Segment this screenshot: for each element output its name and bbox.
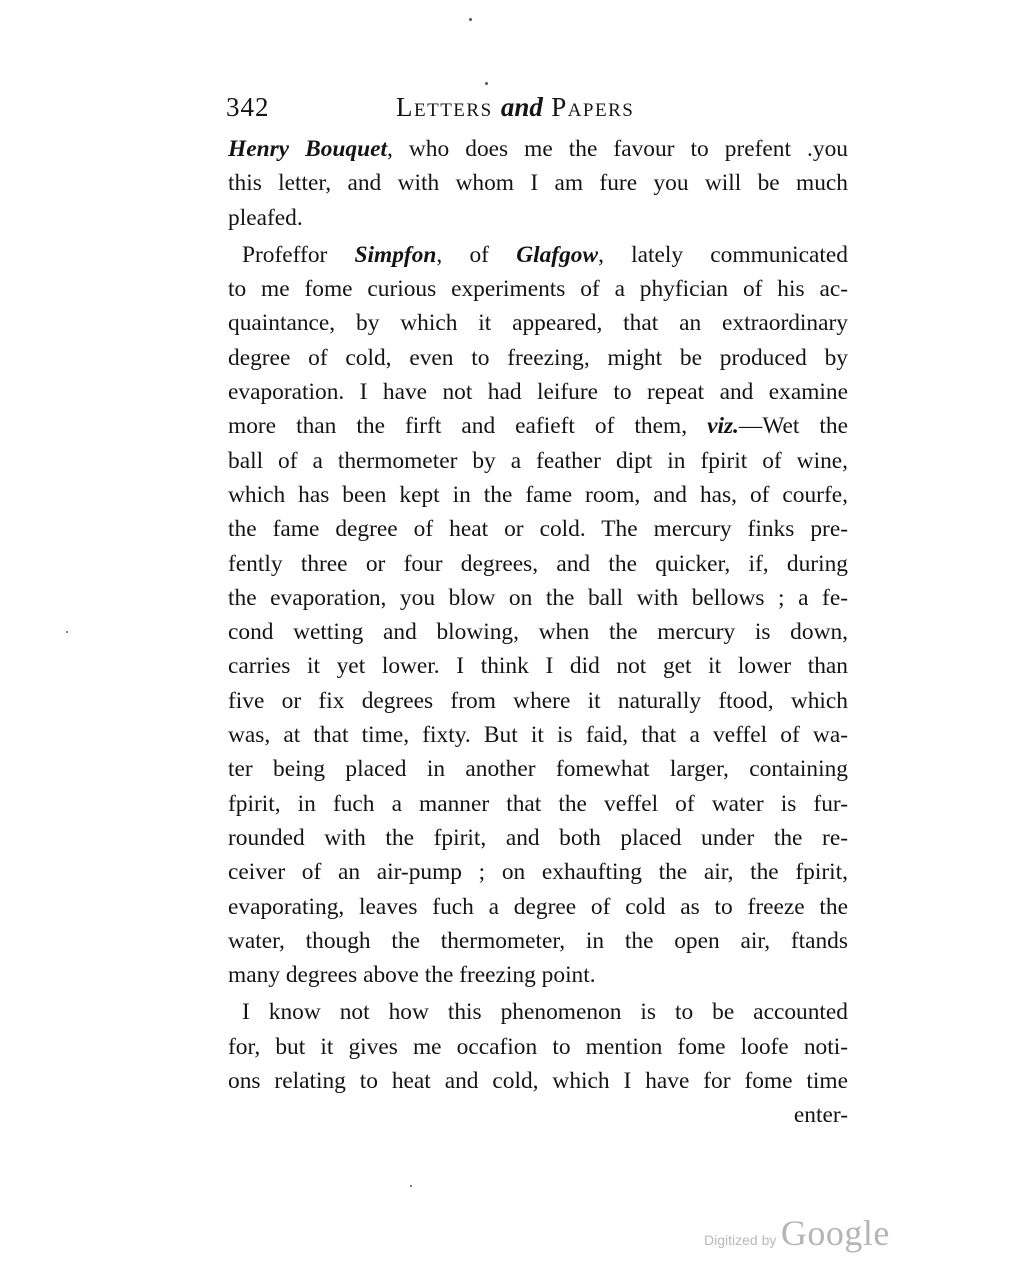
text-line: evaporating, leaves fuch a degree of col… <box>228 890 848 924</box>
text-segment: carries it yet lower. I think I did not … <box>228 653 848 679</box>
text-segment: degree of cold, even to freezing, might … <box>228 345 848 371</box>
italic-text: viz. <box>707 413 739 439</box>
text-line: pleafed. <box>228 201 848 235</box>
text-segment: ons relating to heat and cold, which I h… <box>228 1068 848 1094</box>
text-segment: for, but it gives me occafion to mention… <box>228 1034 848 1060</box>
text-line: many degrees above the freezing point. <box>228 958 848 992</box>
text-segment: to me fome curious experiments of a phyf… <box>228 276 848 302</box>
text-segment: evaporating, leaves fuch a degree of col… <box>228 894 848 920</box>
text-line: rounded with the fpirit, and both placed… <box>228 821 848 855</box>
text-line: five or fix degrees from where it natura… <box>228 684 848 718</box>
text-segment: cond wetting and blowing, when the mercu… <box>228 619 848 645</box>
text-line: evaporation. I have not had leifure to r… <box>228 375 848 409</box>
text-line: the fame degree of heat or cold. The mer… <box>228 512 848 546</box>
text-segment: five or fix degrees from where it natura… <box>228 688 848 714</box>
running-head-italic: and <box>501 92 543 122</box>
text-line: degree of cold, even to freezing, might … <box>228 341 848 375</box>
text-line: for, but it gives me occafion to mention… <box>228 1030 848 1064</box>
text-line: Henry Bouquet, who does me the favour to… <box>228 132 848 166</box>
google-logo: Google <box>781 1213 890 1253</box>
text-line: carries it yet lower. I think I did not … <box>228 649 848 683</box>
text-line: ter being placed in another fomewhat lar… <box>228 752 848 786</box>
text-line: to me fome curious experiments of a phyf… <box>228 272 848 306</box>
italic-text: Henry Bouquet <box>228 136 387 162</box>
text-line: ceiver of an air-pump ; on exhaufting th… <box>228 855 848 889</box>
text-line: cond wetting and blowing, when the mercu… <box>228 615 848 649</box>
text-segment: ball of a thermometer by a feather dipt … <box>228 448 848 474</box>
running-head-text: Letters <box>396 92 501 122</box>
page-header: 342 Letters and Papers <box>226 92 850 132</box>
scan-speck <box>410 1185 412 1187</box>
running-head: Letters and Papers <box>396 92 634 123</box>
text-segment: evaporation. I have not had leifure to r… <box>228 379 848 405</box>
text-segment: more than the firft and eafieft of them, <box>228 413 707 439</box>
text-segment: was, at that time, fixty. But it is faid… <box>228 722 848 748</box>
text-line: quaintance, by which it appeared, that a… <box>228 306 848 340</box>
text-segment: fently three or four degrees, and the qu… <box>228 551 848 577</box>
watermark-prefix: Digitized by <box>704 1232 776 1248</box>
text-segment: , lately communicated <box>598 242 848 268</box>
text-segment: rounded with the fpirit, and both placed… <box>228 825 848 851</box>
digitized-by-google-watermark: Digitized by Google <box>704 1212 890 1254</box>
book-page: 342 Letters and Papers Henry Bouquet, wh… <box>0 0 1014 1282</box>
running-head-text: Papers <box>543 92 634 122</box>
text-segment: , who does me the favour to prefent .you <box>387 136 848 162</box>
text-line: which has been kept in the fame room, an… <box>228 478 848 512</box>
scan-speck <box>66 631 68 633</box>
text-line: water, though the thermometer, in the op… <box>228 924 848 958</box>
text-segment: which has been kept in the fame room, an… <box>228 482 848 508</box>
text-line: Profeffor Simpfon, of Glafgow, lately co… <box>228 238 848 272</box>
text-segment: the fame degree of heat or cold. The mer… <box>228 516 848 542</box>
text-line: ons relating to heat and cold, which I h… <box>228 1064 848 1098</box>
page-number: 342 <box>226 92 270 123</box>
text-segment: I know not how this phenomenon is to be … <box>242 999 848 1025</box>
body-text: Henry Bouquet, who does me the favour to… <box>228 132 848 1133</box>
text-segment: —Wet the <box>739 413 848 439</box>
scan-speck <box>469 18 472 21</box>
text-segment: this letter, and with whom I am fure you… <box>228 170 848 196</box>
text-segment: many degrees above the freezing point. <box>228 962 596 988</box>
text-line: fpirit, in fuch a manner that the veffel… <box>228 787 848 821</box>
text-segment: pleafed. <box>228 205 303 231</box>
text-line: was, at that time, fixty. But it is faid… <box>228 718 848 752</box>
text-line: more than the firft and eafieft of them,… <box>228 409 848 443</box>
text-segment: , of <box>436 242 516 268</box>
text-line: fently three or four degrees, and the qu… <box>228 547 848 581</box>
text-line: ball of a thermometer by a feather dipt … <box>228 444 848 478</box>
text-segment: ceiver of an air-pump ; on exhaufting th… <box>228 859 848 885</box>
text-segment: Profeffor <box>242 242 355 268</box>
text-line: this letter, and with whom I am fure you… <box>228 166 848 200</box>
text-segment: water, though the thermometer, in the op… <box>228 928 848 954</box>
text-segment: ter being placed in another fomewhat lar… <box>228 756 848 782</box>
text-segment: quaintance, by which it appeared, that a… <box>228 310 848 336</box>
text-segment: fpirit, in fuch a manner that the veffel… <box>228 791 848 817</box>
text-line: I know not how this phenomenon is to be … <box>228 995 848 1029</box>
italic-text: Simpfon <box>355 242 437 268</box>
text-segment: the evaporation, you blow on the ball wi… <box>228 585 848 611</box>
text-line: the evaporation, you blow on the ball wi… <box>228 581 848 615</box>
catchword: enter- <box>228 1098 848 1132</box>
italic-text: Glafgow <box>516 242 598 268</box>
scan-speck <box>485 82 488 85</box>
